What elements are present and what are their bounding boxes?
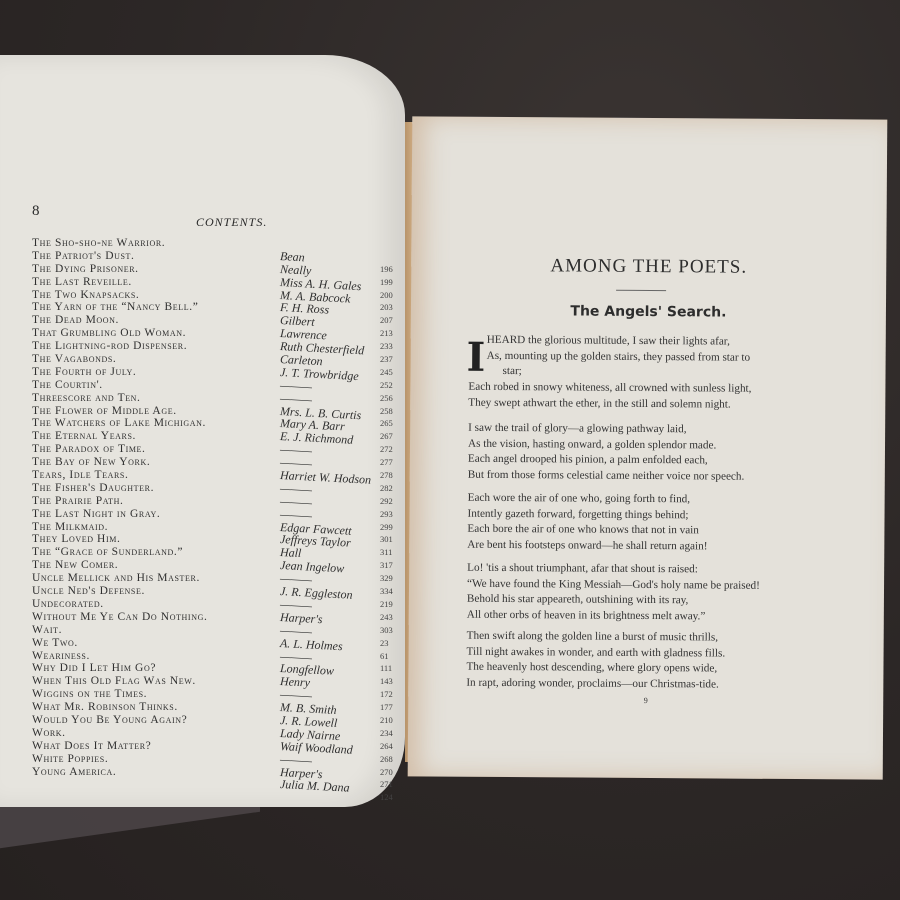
stanza-3: Each wore the air of one who, going fort… <box>467 491 857 556</box>
contents-heading: CONTENTS. <box>196 215 267 230</box>
contents-entry: The Bay of New York.———277 <box>32 456 407 469</box>
entry-title: The Eternal Years. <box>32 430 136 443</box>
entry-title: The Patriot's Dust. <box>32 250 135 263</box>
entry-title: When This Old Flag Was New. <box>32 675 196 688</box>
entry-page: 277 <box>380 456 393 469</box>
entry-title: The Sho-sho-ne Warrior. <box>32 237 165 250</box>
entry-title: We Two. <box>32 637 78 650</box>
entry-page: 124 <box>380 791 393 804</box>
entry-title: White Poppies. <box>32 753 108 766</box>
section-title: AMONG THE POETS. <box>411 254 886 279</box>
contents-entry: The Fisher's Daughter.———282 <box>32 482 407 495</box>
entry-page: 219 <box>380 598 393 611</box>
entry-title: Without Me Ye Can Do Nothing. <box>32 611 207 624</box>
entry-page: 301 <box>380 533 393 546</box>
contents-entry: Why Did I Let Him Go?Longfellow111 <box>32 662 407 675</box>
title-rule <box>616 290 666 291</box>
entry-title: What Does It Matter? <box>32 740 151 753</box>
entry-title: Threescore and Ten. <box>32 392 141 405</box>
contents-entry: Tears, Idle Tears.Harriet W. Hodson278 <box>32 469 407 482</box>
entry-title: Uncle Mellick and His Master. <box>32 572 200 585</box>
entry-page: 210 <box>380 714 393 727</box>
entry-title: Work. <box>32 727 66 740</box>
entry-page: 264 <box>380 740 393 753</box>
contents-entry: The Sho-sho-ne Warrior. <box>32 237 407 250</box>
contents-entry: The Flower of Middle Age.Mrs. L. B. Curt… <box>32 405 407 418</box>
entry-title: That Grumbling Old Woman. <box>32 327 186 340</box>
entry-title: Wait. <box>32 624 62 637</box>
entry-page: 311 <box>380 546 392 559</box>
entry-title: The Bay of New York. <box>32 456 150 469</box>
contents-entry: Wait.———303 <box>32 624 407 637</box>
entry-page: 143 <box>380 675 393 688</box>
poem-line: All other orbs of heaven in its brightne… <box>467 608 857 626</box>
right-page-poem: AMONG THE POETS. The Angels' Search. I H… <box>408 116 888 779</box>
entry-page: 23 <box>380 637 389 650</box>
contents-entry: The New Comer.Jean Ingelow317 <box>32 559 407 572</box>
entry-page: 200 <box>380 289 393 302</box>
entry-page: 265 <box>380 417 393 430</box>
entry-title: The Vagabonds. <box>32 353 116 366</box>
entry-title: The Prairie Path. <box>32 495 124 508</box>
contents-entry: Threescore and Ten.———256 <box>32 392 407 405</box>
entry-title: They Loved Him. <box>32 533 120 546</box>
contents-entry: Undecorated.———219 <box>32 598 407 611</box>
poem-line: In rapt, adoring wonder, proclaims—our C… <box>466 676 856 694</box>
entry-page: 196 <box>380 263 393 276</box>
entry-page: 177 <box>380 701 393 714</box>
contents-entry: That Grumbling Old Woman.Lawrence213 <box>32 327 407 340</box>
entry-page: 268 <box>380 753 393 766</box>
entry-page: 61 <box>380 650 389 663</box>
entry-title: The Flower of Middle Age. <box>32 405 177 418</box>
contents-entry: The Two Knapsacks.M. A. Babcock200 <box>32 289 407 302</box>
entry-page: 245 <box>380 366 393 379</box>
drop-cap: I <box>466 332 484 384</box>
entry-page: 270 <box>380 766 393 779</box>
contents-entry: The “Grace of Sunderland.”Hall311 <box>32 546 407 559</box>
entry-page: 334 <box>380 585 393 598</box>
entry-title: The Two Knapsacks. <box>32 289 139 302</box>
entry-page: 252 <box>380 379 393 392</box>
contents-entry: The Lightning-rod Dispenser.Ruth Chester… <box>32 340 407 353</box>
entry-page: 299 <box>380 521 393 534</box>
entry-title: Would You Be Young Again? <box>32 714 187 727</box>
contents-entry: The Last Reveille.Miss A. H. Gales199 <box>32 276 407 289</box>
entry-page: 271 <box>380 778 393 791</box>
entry-page: 213 <box>380 327 393 340</box>
entry-page: 258 <box>380 405 393 418</box>
contents-entry: When This Old Flag Was New.Henry143 <box>32 675 407 688</box>
entry-title: The Paradox of Time. <box>32 443 146 456</box>
contents-entry: The Dying Prisoner.Neally196 <box>32 263 407 276</box>
entry-page: 234 <box>380 727 393 740</box>
contents-entry: The Last Night in Gray.———293 <box>32 508 407 521</box>
contents-entry: Uncle Ned's Defense.J. R. Eggleston334 <box>32 585 407 598</box>
entry-page: 303 <box>380 624 393 637</box>
contents-entry: What Does It Matter?Waif Woodland264 <box>32 740 407 753</box>
entry-title: The Fisher's Daughter. <box>32 482 154 495</box>
entry-page: 272 <box>380 443 393 456</box>
contents-entry: The Eternal Years.E. J. Richmond267 <box>32 430 407 443</box>
entry-title: The New Comer. <box>32 559 118 572</box>
entry-title: The Last Reveille. <box>32 276 132 289</box>
entry-page: 172 <box>380 688 393 701</box>
entry-title: The Dead Moon. <box>32 314 119 327</box>
entry-page: 243 <box>380 611 393 624</box>
stanza-1: HEARD the glorious multitude, I saw thei… <box>486 333 876 383</box>
contents-entry: Wiggins on the Times.———172 <box>32 688 407 701</box>
entry-page: 293 <box>380 508 393 521</box>
contents-entry: White Poppies.———268 <box>32 753 407 766</box>
contents-entry: They Loved Him.Jeffreys Taylor301 <box>32 533 407 546</box>
entry-title: Uncle Ned's Defense. <box>32 585 145 598</box>
entry-title: Weariness. <box>32 650 90 663</box>
entry-title: The Last Night in Gray. <box>32 508 160 521</box>
entry-page: 111 <box>380 662 392 675</box>
left-page-contents: 8 CONTENTS. The Sho-sho-ne Warrior.The P… <box>0 55 405 807</box>
entry-page: 207 <box>380 314 393 327</box>
contents-entry: The Paradox of Time.———272 <box>32 443 407 456</box>
stanza-5: Then swift along the golden line a burst… <box>466 629 856 694</box>
contents-entry: The Courtin'.———252 <box>32 379 407 392</box>
contents-entry: The Fourth of July.J. T. Trowbridge245 <box>32 366 407 379</box>
entry-page: 267 <box>380 430 393 443</box>
entry-title: The “Grace of Sunderland.” <box>32 546 183 559</box>
contents-entry: The Vagabonds.Carleton237 <box>32 353 407 366</box>
poem-line: Are bent his footsteps onward—he shall r… <box>467 538 857 556</box>
entry-title: The Fourth of July. <box>32 366 136 379</box>
contents-list: The Sho-sho-ne Warrior.The Patriot's Dus… <box>32 237 407 804</box>
entry-title: Wiggins on the Times. <box>32 688 147 701</box>
entry-page: 199 <box>380 276 393 289</box>
page-number: 8 <box>32 203 40 220</box>
entry-title: What Mr. Robinson Thinks. <box>32 701 178 714</box>
contents-entry: 124 <box>32 791 407 804</box>
contents-entry: The Milkmaid.Edgar Fawcett299 <box>32 521 407 534</box>
contents-entry: We Two.A. L. Holmes23 <box>32 637 407 650</box>
contents-entry: Would You Be Young Again?J. R. Lowell210 <box>32 714 407 727</box>
contents-entry: Weariness.———61 <box>32 650 407 663</box>
entry-title: The Lightning-rod Dispenser. <box>32 340 187 353</box>
entry-page: 329 <box>380 572 393 585</box>
entry-page: 282 <box>380 482 393 495</box>
entry-page: 292 <box>380 495 393 508</box>
entry-title: The Dying Prisoner. <box>32 263 139 276</box>
entry-title: The Courtin'. <box>32 379 103 392</box>
stanza-4: Lo! 'tis a shout triumphant, afar that s… <box>467 561 857 626</box>
entry-page: 278 <box>380 469 393 482</box>
entry-page: 256 <box>380 392 393 405</box>
contents-entry: The Yarn of the “Nancy Bell.”F. H. Ross2… <box>32 301 407 314</box>
entry-title: The Milkmaid. <box>32 521 108 534</box>
contents-entry: The Prairie Path.———292 <box>32 495 407 508</box>
poem-line: They swept athwart the ether, in the sti… <box>468 395 858 413</box>
contents-entry: Uncle Mellick and His Master.———329 <box>32 572 407 585</box>
entry-title: Undecorated. <box>32 598 104 611</box>
poem-line: As, mounting up the golden stairs, they … <box>487 348 877 366</box>
poem-line: But from those forms celestial came neit… <box>468 468 858 486</box>
poem-title: The Angels' Search. <box>411 302 886 321</box>
stanza-2: I saw the trail of glory—a glowing pathw… <box>468 421 858 486</box>
contents-entry: Work.Lady Nairne234 <box>32 727 407 740</box>
contents-entry: Without Me Ye Can Do Nothing.Harper's243 <box>32 611 407 624</box>
entry-title: Why Did I Let Him Go? <box>32 662 156 675</box>
stanza-1-cont: Each robed in snowy whiteness, all crown… <box>468 380 858 414</box>
entry-page: 317 <box>380 559 393 572</box>
entry-title: The Yarn of the “Nancy Bell.” <box>32 301 198 314</box>
contents-entry: The Watchers of Lake Michigan.Mary A. Ba… <box>32 417 407 430</box>
contents-entry: The Dead Moon.Gilbert207 <box>32 314 407 327</box>
entry-title: Tears, Idle Tears. <box>32 469 128 482</box>
contents-entry: Young America.Harper's270 <box>32 766 407 779</box>
page-number: 9 <box>408 694 883 706</box>
entry-title: The Watchers of Lake Michigan. <box>32 417 206 430</box>
entry-title: Young America. <box>32 766 116 779</box>
contents-entry: What Mr. Robinson Thinks.M. B. Smith177 <box>32 701 407 714</box>
contents-entry: The Patriot's Dust.Bean <box>32 250 407 263</box>
entry-page: 237 <box>380 353 393 366</box>
entry-page: 233 <box>380 340 393 353</box>
entry-page: 203 <box>380 301 393 314</box>
contents-entry: Julia M. Dana271 <box>32 778 407 791</box>
